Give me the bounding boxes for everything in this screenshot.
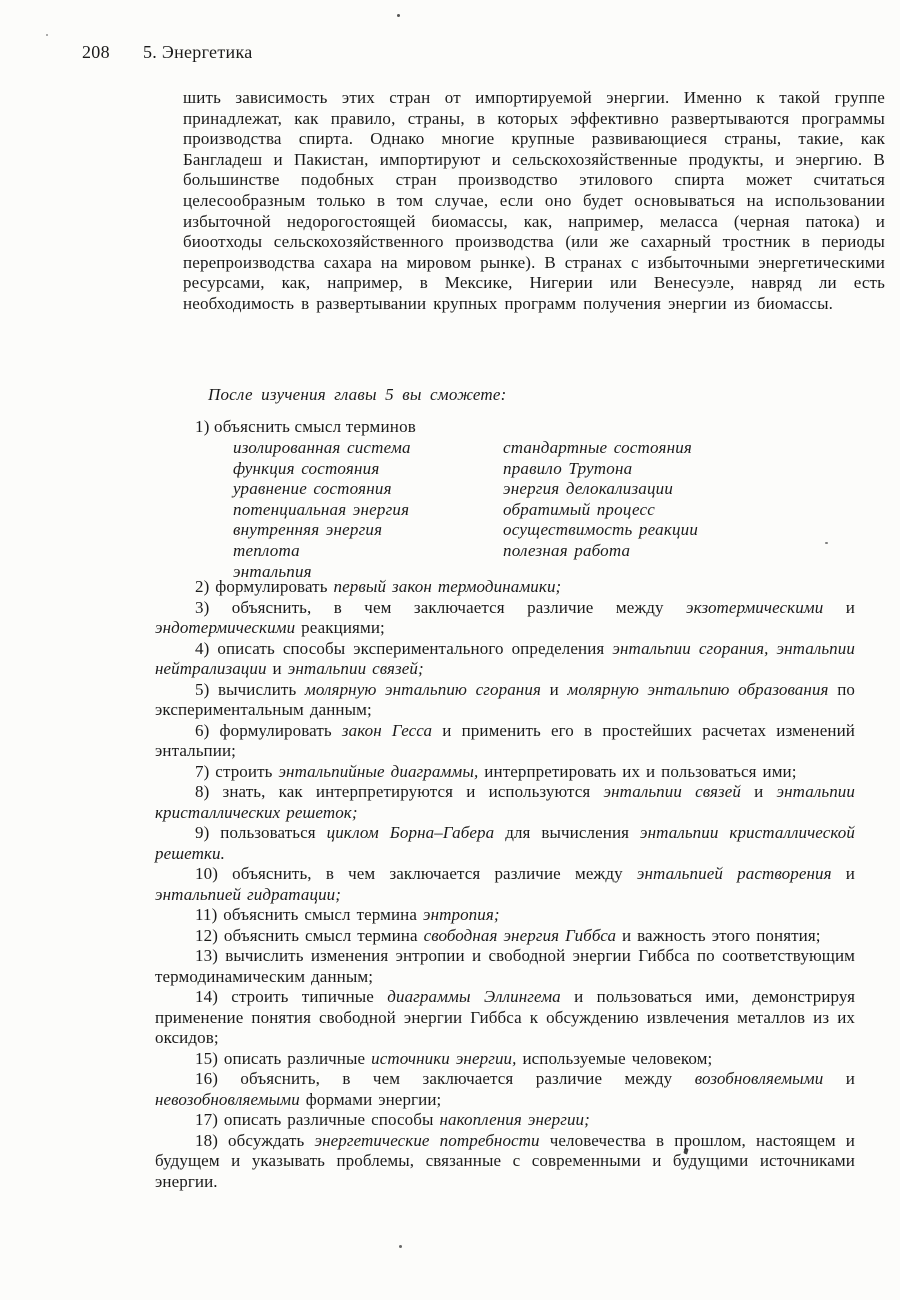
objective-term-italic: диаграммы Эллингема [387,987,560,1006]
objective-text: 14) строить типичные [195,987,387,1006]
terms-list: изолированная системастандартные состоян… [233,438,698,582]
objective-term-italic: невозобновляемыми [155,1090,300,1109]
objective-text: и [741,782,777,801]
objective-item: 16) объяснить, в чем заключается различи… [155,1069,855,1110]
term-row: внутренняя энергияосуществимость реакции [233,520,698,541]
objective-item: 9) пользоваться циклом Борна–Габера для … [155,823,855,864]
objective-text: 11) объяснить смысл термина [195,905,423,924]
objective-item: 11) объяснить смысл термина энтропия; [155,905,855,926]
objective-text: 3) объяснить, в чем заключается различие… [195,598,686,617]
objective-text: 4) описать способы экспериментального оп… [195,639,612,658]
term-left: функция состояния [233,459,503,480]
objective-text: и [823,1069,855,1088]
objective-term-italic: накопления энергии; [439,1110,589,1129]
objective-term-italic: молярную энтальпию сгорания [305,680,541,699]
objective-text: 9) пользоваться [195,823,327,842]
objective-item: 8) знать, как интерпретируются и использ… [155,782,855,823]
term-right: обратимый процесс [503,500,655,521]
objective-term-italic: циклом Борна–Габера [327,823,495,842]
objective-term-italic: энтропия; [423,905,500,924]
scan-speck [397,14,400,17]
objective-text: и [541,680,567,699]
term-right: осуществимость реакции [503,520,698,541]
objective-item: 5) вычислить молярную энтальпию сгорания… [155,680,855,721]
term-right: полезная работа [503,541,630,562]
book-page: 208 5. Энергетика шить зависимость этих … [0,0,900,1300]
objective-text: 8) знать, как интерпретируются и использ… [195,782,604,801]
objective-term-italic: энтальпии связей [604,782,742,801]
chapter-title: 5. Энергетика [143,42,253,63]
objective-text: и [832,864,855,883]
objective-item: 6) формулировать закон Гесса и применить… [155,721,855,762]
term-row: потенциальная энергияобратимый процесс [233,500,698,521]
intro-paragraph: шить зависимость этих стран от импортиру… [183,88,885,315]
objective-item: 12) объяснить смысл термина свободная эн… [155,926,855,947]
objective-text: 17) описать различные способы [195,1110,439,1129]
objective-text: 18) обсуждать [195,1131,314,1150]
objective-text: 10) объяснить, в чем заключается различи… [195,864,637,883]
term-row: функция состоянияправило Трутона [233,459,698,480]
objectives-list: 2) формулировать первый закон термодинам… [155,577,855,1192]
term-row: уравнение состоянияэнергия делокализации [233,479,698,500]
page-number: 208 [82,42,110,63]
objective-term-italic: первый закон термодинамики; [334,577,562,596]
term-row: теплотаполезная работа [233,541,698,562]
term-row: изолированная системастандартные состоян… [233,438,698,459]
term-left: внутренняя энергия [233,520,503,541]
objective-term-italic: источники энергии, [371,1049,516,1068]
objective-text: и [267,659,288,678]
objective-term-italic: свободная энергия Гиббса [424,926,616,945]
objective-item: 4) описать способы экспериментального оп… [155,639,855,680]
objective-item: 18) обсуждать энергетические потребности… [155,1131,855,1193]
objective-item: 7) строить энтальпийные диаграммы, интер… [155,762,855,783]
term-left: потенциальная энергия [233,500,503,521]
objective-term-italic: молярную энтальпию образования [567,680,828,699]
scan-speck [825,542,828,544]
objective-term-italic: закон Гесса [342,721,432,740]
scan-speck [399,1245,402,1248]
term-right: правило Трутона [503,459,632,480]
objective-text: и важность этого понятия; [616,926,821,945]
objective-text: 13) вычислить изменения энтропии и свобо… [155,946,855,986]
objective-lead-item: 1) объяснить смысл терминов [195,417,416,437]
objective-text: используемые человеком; [517,1049,713,1068]
objective-term-italic: экзотермическими [686,598,823,617]
objective-text: 2) формулировать [195,577,334,596]
objective-text: 7) строить [195,762,278,781]
objective-item: 13) вычислить изменения энтропии и свобо… [155,946,855,987]
term-left: теплота [233,541,503,562]
objective-term-italic: энтальпии связей; [288,659,424,678]
objective-item: 10) объяснить, в чем заключается различи… [155,864,855,905]
objective-text: и [823,598,855,617]
objective-text: 5) вычислить [195,680,305,699]
objective-text: формами энергии; [300,1090,442,1109]
term-right: стандартные состояния [503,438,692,459]
objective-text: 6) формулировать [195,721,342,740]
objective-term-italic: энтальпийные диаграммы, [278,762,478,781]
objectives-heading: После изучения главы 5 вы сможете: [208,385,507,405]
objective-text: для вычисления [494,823,640,842]
objective-text: реакциями; [295,618,385,637]
term-left: изолированная система [233,438,503,459]
objective-item: 2) формулировать первый закон термодинам… [155,577,855,598]
objective-text: 16) объяснить, в чем заключается различи… [195,1069,695,1088]
scan-speck [46,34,48,36]
objective-item: 14) строить типичные диаграммы Эллингема… [155,987,855,1049]
objective-text: интерпретировать их и пользоваться ими; [478,762,796,781]
objective-item: 15) описать различные источники энергии,… [155,1049,855,1070]
term-left: уравнение состояния [233,479,503,500]
objective-term-italic: энергетические потребности [314,1131,539,1150]
objective-item: 3) объяснить, в чем заключается различие… [155,598,855,639]
objective-term-italic: эндотермическими [155,618,295,637]
objective-term-italic: возобновляемыми [695,1069,824,1088]
objective-term-italic: энтальпией гидратации; [155,885,341,904]
term-right: энергия делокализации [503,479,673,500]
objective-item: 17) описать различные способы накопления… [155,1110,855,1131]
objective-text: 15) описать различные [195,1049,371,1068]
objective-text: 12) объяснить смысл термина [195,926,424,945]
objective-term-italic: энтальпией растворения [637,864,832,883]
